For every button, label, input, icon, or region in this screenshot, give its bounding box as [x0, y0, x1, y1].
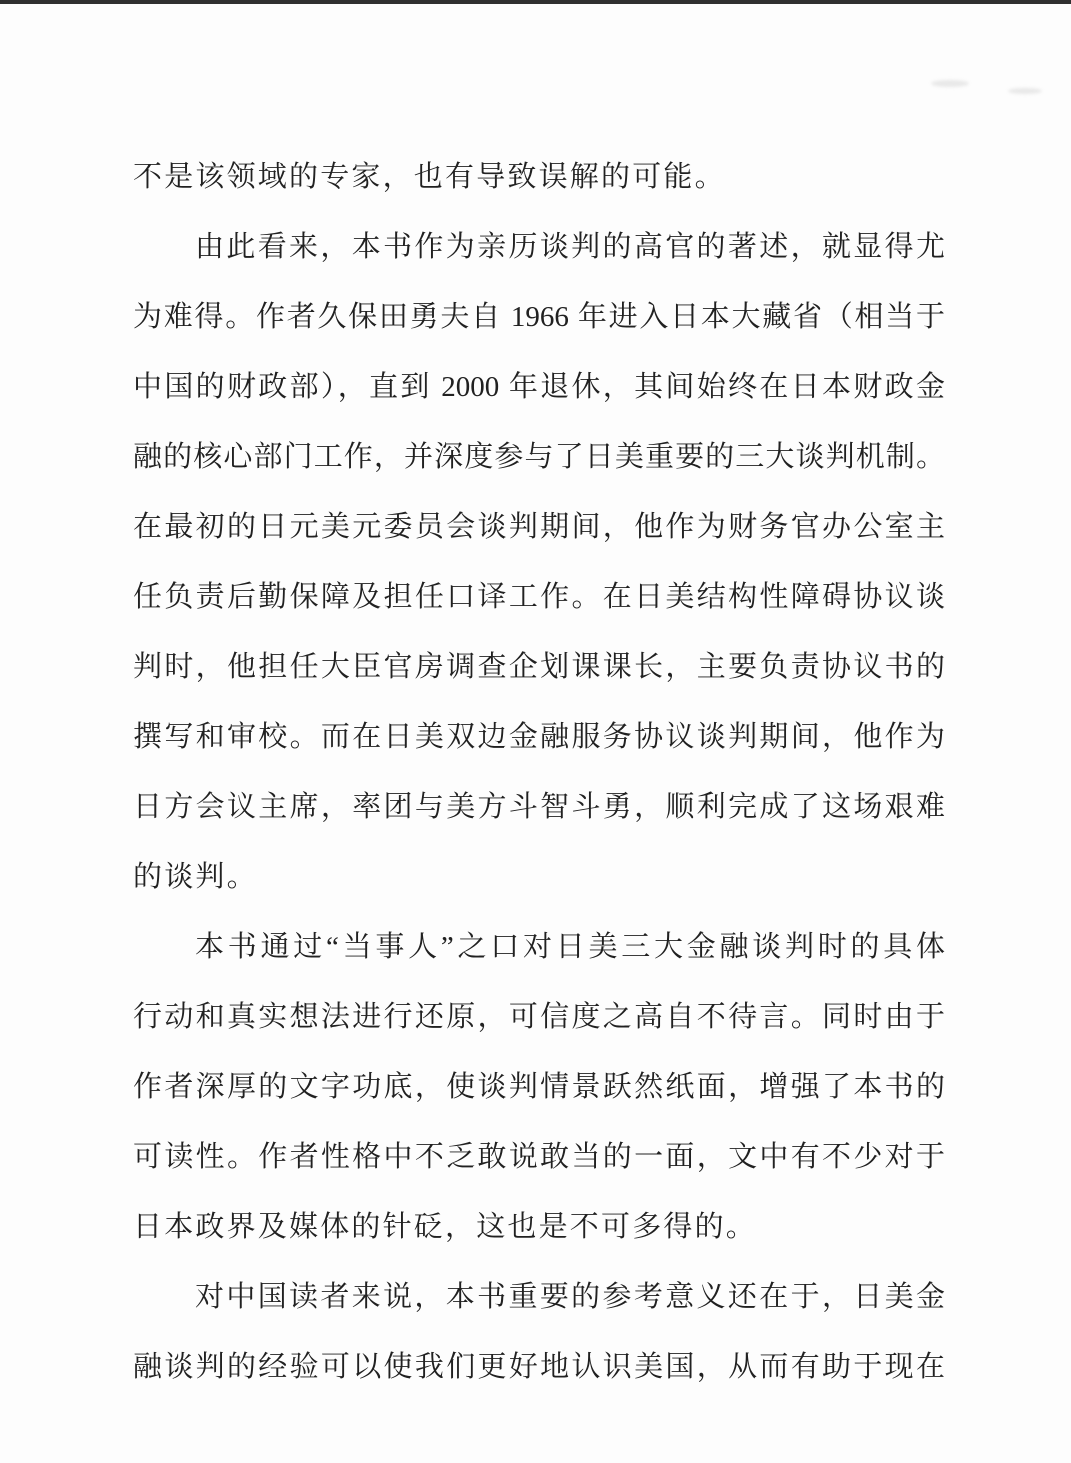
text-line: 中国的财政部），直到 2000 年退休，其间始终在日本财政金: [133, 352, 945, 422]
text-line: 作者深厚的文字功底，使谈判情景跃然纸面，增强了本书的: [133, 1052, 945, 1122]
scanner-edge-artifact: [0, 0, 1071, 4]
text-line: 融谈判的经验可以使我们更好地认识美国，从而有助于现在: [133, 1332, 945, 1402]
text-line paragraph-start: 由此看来，本书作为亲历谈判的高官的著述，就显得尤: [133, 212, 945, 282]
scanned-book-page: 不是该领域的专家，也有导致误解的可能。 由此看来，本书作为亲历谈判的高官的著述，…: [0, 0, 1071, 1463]
text-line: 日方会议主席，率团与美方斗智斗勇，顺利完成了这场艰难: [133, 772, 945, 842]
page-text-block: 不是该领域的专家，也有导致误解的可能。 由此看来，本书作为亲历谈判的高官的著述，…: [133, 142, 945, 1402]
text-line: 为难得。作者久保田勇夫自 1966 年进入日本大藏省（相当于: [133, 282, 945, 352]
scan-smudge-artifact: [931, 80, 969, 87]
text-line: 行动和真实想法进行还原，可信度之高自不待言。同时由于: [133, 982, 945, 1052]
text-line: 融的核心部门工作，并深度参与了日美重要的三大谈判机制。: [133, 422, 945, 492]
text-line paragraph-end: 的谈判。: [133, 842, 945, 912]
text-line paragraph-end: 日本政界及媒体的针砭，这也是不可多得的。: [133, 1192, 945, 1262]
text-line: 在最初的日元美元委员会谈判期间，他作为财务官办公室主: [133, 492, 945, 562]
text-line paragraph-start: 本书通过“当事人”之口对日美三大金融谈判时的具体: [133, 912, 945, 982]
text-line: 撰写和审校。而在日美双边金融服务协议谈判期间，他作为: [133, 702, 945, 772]
text-line: 不是该领域的专家，也有导致误解的可能。: [133, 142, 945, 212]
text-line: 可读性。作者性格中不乏敢说敢当的一面，文中有不少对于: [133, 1122, 945, 1192]
text-line: 任负责后勤保障及担任口译工作。在日美结构性障碍协议谈: [133, 562, 945, 632]
text-line paragraph-start: 对中国读者来说，本书重要的参考意义还在于，日美金: [133, 1262, 945, 1332]
scan-smudge-artifact: [1008, 88, 1042, 94]
text-line: 判时，他担任大臣官房调查企划课课长，主要负责协议书的: [133, 632, 945, 702]
